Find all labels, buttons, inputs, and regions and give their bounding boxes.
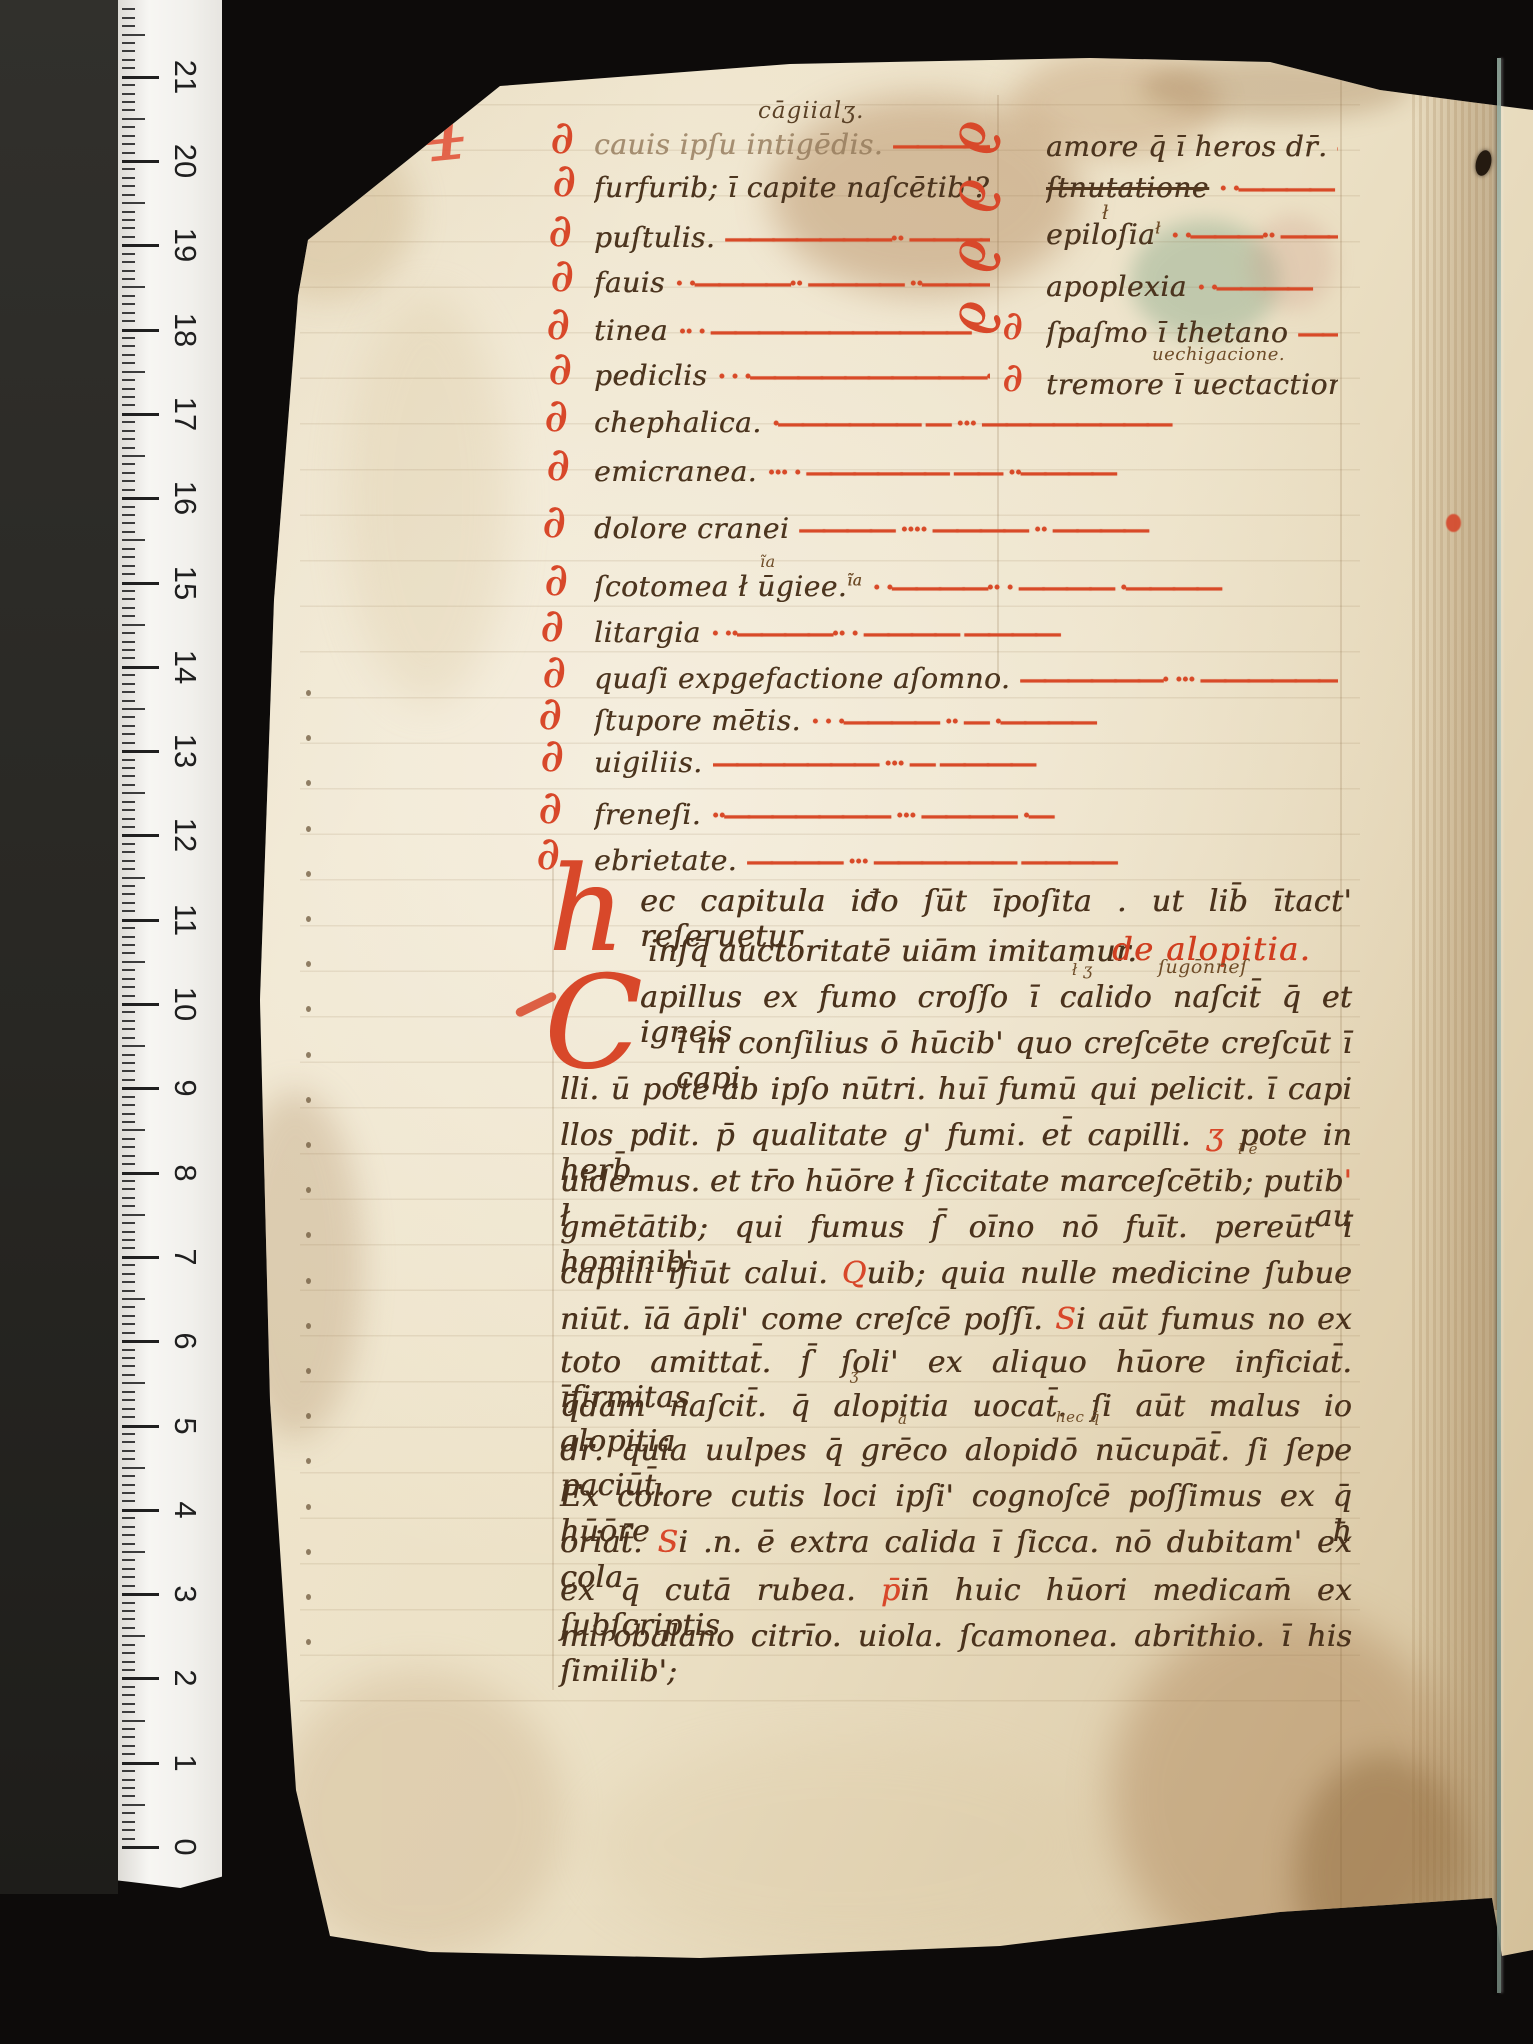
ruler-tick xyxy=(122,1231,135,1233)
ruler-tick xyxy=(122,168,135,170)
ruler-tick xyxy=(122,877,145,879)
ruler-tick xyxy=(122,1846,159,1849)
ruler-tick xyxy=(122,641,135,643)
ruler-tick xyxy=(122,1450,135,1452)
ruler-tick xyxy=(122,1602,135,1604)
ruler-tick xyxy=(122,801,135,803)
ruler-tick xyxy=(122,995,135,997)
rubric-initial-d: ∂ xyxy=(548,345,572,391)
ruler-tick xyxy=(122,1661,135,1663)
chapter-row: furfurib; ī capite naſcētib'?――· ·―――― xyxy=(594,171,990,204)
ruler-tick xyxy=(122,1720,145,1722)
initial-c: C xyxy=(544,966,642,1081)
ruler-cm-label: 19 xyxy=(165,222,205,268)
interlinear-gloss: ł xyxy=(1102,200,1109,224)
rubricated-letter: ʒ xyxy=(1206,1118,1223,1153)
ruler-tick xyxy=(122,345,135,347)
ruler-tick xyxy=(122,1382,145,1384)
ruler-tick xyxy=(122,278,135,280)
ruler-cm-label: 14 xyxy=(165,644,205,690)
pricking-hole xyxy=(306,1142,311,1148)
ruler-cm-label: 18 xyxy=(165,307,205,353)
ruler-tick xyxy=(122,1787,135,1789)
ruler-tick xyxy=(122,716,135,718)
body-text-segment: niūt. īā āpli' come creſcē poſſī. xyxy=(560,1302,1055,1337)
ruler-tick xyxy=(122,893,135,895)
ruler-tick xyxy=(122,1104,135,1106)
ruler-tick xyxy=(122,211,135,213)
ruler-cm-label: 15 xyxy=(165,560,205,606)
ruler-cm-label: 17 xyxy=(165,391,205,437)
ruler-tick xyxy=(122,649,135,651)
ruler-tick xyxy=(122,792,145,794)
ruler-tick xyxy=(122,1264,135,1266)
ruler-tick xyxy=(122,295,135,297)
ruler-tick xyxy=(122,253,135,255)
pricking-hole xyxy=(306,1323,311,1329)
ruler-tick xyxy=(122,1129,145,1131)
ruler-tick xyxy=(122,548,135,550)
ruler-tick xyxy=(122,784,135,786)
ruler-tick xyxy=(122,1096,135,1098)
ruler-tick xyxy=(122,480,135,482)
chapter-row: ſtupore mētis.· · ·―――― ·· ― ·―――― xyxy=(594,704,1338,737)
ruler-tick xyxy=(122,1728,135,1730)
ruler-tick xyxy=(122,1829,135,1831)
ruler-tick xyxy=(122,624,145,626)
ruler-tick xyxy=(122,1188,135,1190)
ruler-tick xyxy=(122,885,135,887)
ruler-tick xyxy=(122,759,135,761)
pricking-hole xyxy=(306,1639,311,1645)
ruler-cm-label: 10 xyxy=(165,981,205,1027)
ruler-tick xyxy=(122,1711,135,1713)
ruler-tick xyxy=(122,421,135,423)
ruler-tick xyxy=(122,1163,135,1165)
red-leader-line: ―――― xyxy=(1298,319,1338,349)
ruler-tick xyxy=(122,1070,135,1072)
ruler-tick xyxy=(122,118,145,120)
ruler-tick xyxy=(122,1559,135,1561)
ruler-tick xyxy=(122,1669,135,1671)
interlinear-gloss: hec q̄ xyxy=(1056,1408,1100,1426)
initial-h: h xyxy=(548,856,624,962)
ruler-tick xyxy=(122,851,135,853)
ruler-tick xyxy=(122,514,135,516)
ruler-tick xyxy=(122,657,135,659)
red-leader-line: ――――――· ··· ―――――――― xyxy=(1020,665,1338,695)
stain xyxy=(1140,55,1410,120)
chapter-row: pediclis· · ·――――――――――· ― xyxy=(594,359,990,392)
ruler-tick xyxy=(122,1543,135,1545)
ruler-tick xyxy=(122,472,135,474)
ruler-cm-label: 6 xyxy=(165,1318,205,1364)
ruler-tick xyxy=(122,1795,135,1797)
ruler-tick xyxy=(122,1205,135,1207)
ruler-tick xyxy=(122,1349,135,1351)
pricking-hole xyxy=(306,690,311,696)
chapter-title: ſtnutatione xyxy=(1046,171,1209,204)
ruler-tick xyxy=(122,860,135,862)
ruler-tick xyxy=(122,1340,159,1343)
ruler-tick xyxy=(122,1214,145,1216)
ruler-cm-label: 2 xyxy=(165,1655,205,1701)
ruler-tick xyxy=(122,202,145,204)
rubric-initial-d: ∂ xyxy=(546,300,570,346)
ruler-tick xyxy=(122,447,135,449)
ruler-tick xyxy=(122,1011,135,1013)
interlinear-correction: ĩa xyxy=(847,572,862,590)
body-text-segment: uib; quia nulle medicine ſubue xyxy=(867,1256,1352,1291)
ruler-tick xyxy=(122,177,135,179)
body-line: mirobalano citrīo. uiola. ſcamonea. abri… xyxy=(560,1619,1352,1689)
ruler-tick xyxy=(122,1416,135,1418)
rubric-initial-d: ∂ xyxy=(546,441,570,487)
chapter-row: litargia· ··――――·· · ―――― ―――― xyxy=(594,616,1338,649)
ruler-tick xyxy=(122,1585,135,1587)
chapter-row: apoplexia· ·―――― xyxy=(1046,270,1338,303)
ruler-tick xyxy=(122,582,159,585)
ruler-tick xyxy=(122,1745,135,1747)
ruler-cm-label: 12 xyxy=(165,812,205,858)
ruler-tick xyxy=(122,565,135,567)
stain xyxy=(275,1670,565,1960)
ruler-tick xyxy=(122,354,135,356)
body-line: niūt. īā āpli' come creſcē poſſī. Si aūt… xyxy=(560,1302,1352,1337)
rubric-initial-d: ∂ xyxy=(540,602,564,648)
rubric-initial-d: ∂ xyxy=(544,556,568,602)
interlinear-gloss: ł ē xyxy=(1238,1140,1258,1158)
ruler-tick xyxy=(122,76,159,79)
rubric-initial-d: ∂ xyxy=(544,392,568,438)
red-leader-line: · ·――――·· · ―――― ·―――― xyxy=(872,573,1338,603)
ruler-tick xyxy=(122,1045,145,1047)
ruler-tick xyxy=(122,236,135,238)
ruler-tick xyxy=(122,1222,135,1224)
ruler-tick xyxy=(122,927,135,929)
red-leader-line: ――――――― ··· ― ―――― xyxy=(713,749,1338,779)
ruler-tick xyxy=(122,1475,135,1477)
ruler-tick xyxy=(122,1644,135,1646)
ruler-tick xyxy=(122,1694,135,1696)
ruler-tick xyxy=(122,1804,145,1806)
body-text-segment: mirobalano citrīo. uiola. ſcamonea. abri… xyxy=(560,1619,1352,1689)
chapter-title: apoplexia xyxy=(1046,270,1187,303)
ruler-tick xyxy=(122,1500,135,1502)
ruler-tick xyxy=(122,1441,135,1443)
pricking-hole xyxy=(306,1549,311,1555)
rubric-initial-d: ∂ xyxy=(550,252,574,298)
ruler-tick xyxy=(122,1138,135,1140)
chapter-row: chephalica.·―――――― ― ··· ―――――――― xyxy=(594,406,1338,439)
ruler-tick xyxy=(122,1736,135,1738)
chapter-title: ſcotomea ł ūgiee.ĩa xyxy=(594,570,862,603)
ruler-tick xyxy=(122,1534,135,1536)
ruler-tick xyxy=(122,1155,135,1157)
chapter-row: cauis ipſu intigēdis.――――――· ―――――― xyxy=(594,128,990,161)
ruler-tick xyxy=(122,733,135,735)
ruler-tick xyxy=(122,438,135,440)
ruler-cm-label: 5 xyxy=(165,1403,205,1449)
ruler-tick xyxy=(122,379,135,381)
rubricated-letter: Q xyxy=(842,1256,867,1291)
interlinear-gloss: ł ʒ xyxy=(1072,960,1093,979)
chapter-row: amore q̄ ī heros dr̄.―― · xyxy=(1046,130,1338,163)
ruler-tick xyxy=(122,1593,159,1596)
ruler-tick xyxy=(122,1399,135,1401)
folio-number: 14 xyxy=(331,76,498,192)
ruler-tick xyxy=(122,1239,135,1241)
ruler-tick xyxy=(122,1087,159,1090)
pricking-hole xyxy=(306,1594,311,1600)
ruler-tick xyxy=(122,67,135,69)
ruler-tick xyxy=(122,109,135,111)
ruler-tick xyxy=(122,1121,135,1123)
ruler-tick xyxy=(122,404,135,406)
pricking-hole xyxy=(306,961,311,967)
ruler-tick xyxy=(122,1028,135,1030)
ruler: 0123456789101112131415161718192021 xyxy=(118,0,222,1888)
chapter-title: quaſi expgefactione aſomno. xyxy=(594,662,1010,695)
red-leader-line: · ·―――― xyxy=(1197,273,1338,303)
ruler-cm-label: 1 xyxy=(165,1740,205,1786)
rubricated-letter: S xyxy=(658,1525,679,1560)
ruler-tick xyxy=(122,1703,135,1705)
pricking-hole xyxy=(306,1504,311,1510)
interlinear-gloss: uechigacione. xyxy=(1152,344,1285,365)
chapter-title: uigiliis. xyxy=(594,746,703,779)
ruler-tick xyxy=(122,1079,135,1081)
red-leader-line: · ·―――·· ――― xyxy=(1171,221,1338,251)
ruler-tick xyxy=(122,329,159,332)
red-edge-mark xyxy=(1446,514,1461,532)
ruler-tick xyxy=(122,1458,135,1460)
chapter-title: emicranea. xyxy=(594,455,757,488)
ruler-tick xyxy=(122,607,135,609)
red-leader-line: ··· · ―――――― ―― ··―――― xyxy=(767,458,1338,488)
paragraph-line: inſq̄ auctoritatē uiām imitamur. xyxy=(648,934,1137,969)
ruler-tick xyxy=(122,1762,159,1765)
ruler-tick xyxy=(122,590,135,592)
pricking-hole xyxy=(306,916,311,922)
red-leader-line: · · ·――――――――――· ― xyxy=(717,362,990,392)
chapter-row: tremore ī uectactione xyxy=(1046,368,1338,401)
manuscript-scan: 0123456789101112131415161718192021 14 cā… xyxy=(0,0,1533,2044)
ruler-tick xyxy=(122,843,135,845)
page-fore-edge xyxy=(1412,60,1500,1910)
body-text-segment: i aūt fumus no ex xyxy=(1076,1302,1352,1337)
ruler-tick xyxy=(122,219,135,221)
ruler-tick xyxy=(122,1273,135,1275)
ruler-tick xyxy=(122,1753,135,1755)
ruler-tick xyxy=(122,84,135,86)
ruler-tick xyxy=(122,1247,135,1249)
body-line: lli. ū pote ab ipſo nūtri. huī fumū qui … xyxy=(560,1072,1352,1107)
ruler-tick xyxy=(122,919,159,922)
pricking-hole xyxy=(306,780,311,786)
ruler-tick xyxy=(122,1618,135,1620)
ruler-tick xyxy=(122,1551,145,1553)
ruler-tick xyxy=(122,1812,135,1814)
ruler-tick xyxy=(122,936,135,938)
ruler-tick xyxy=(122,1365,135,1367)
red-leader-line: ··――――――― ··· ―――― ·― xyxy=(711,801,1338,831)
pricking-hole xyxy=(306,1278,311,1284)
ruler-tick xyxy=(122,1568,135,1570)
chapter-title: dolore cranei xyxy=(594,512,789,545)
glass-edge xyxy=(1497,58,1501,1993)
red-leader-line: · ··――――·· · ―――― ―――― xyxy=(711,619,1338,649)
pricking-hole xyxy=(306,1368,311,1374)
ruler-tick xyxy=(122,1062,135,1064)
chapter-row: tinea·· · ――――――――――― xyxy=(594,314,990,347)
ruler-tick xyxy=(122,160,159,163)
ruler-tick xyxy=(122,34,145,36)
rubric-initial-d: ∂ xyxy=(548,207,572,253)
ruler-tick xyxy=(122,17,135,19)
ruler-tick xyxy=(122,531,135,533)
ruler-tick xyxy=(122,700,135,702)
pricking-hole xyxy=(306,735,311,741)
ruler-tick xyxy=(122,312,135,314)
ruler-tick xyxy=(122,809,135,811)
ruler-tick xyxy=(122,1576,135,1578)
red-leader-line: ·―――――― ― ··· ―――――――― xyxy=(772,409,1338,439)
chapter-row: dolore cranei―――― ···· ―――― ·· ―――― xyxy=(594,512,1338,545)
ruler-tick xyxy=(122,1408,135,1410)
stain xyxy=(345,295,510,705)
interlinear-gloss: a xyxy=(898,1410,907,1428)
ruler-cm-label: 21 xyxy=(165,54,205,100)
chapter-row: puſtulis.―――――――·· ―――――――― ·――― xyxy=(594,221,990,254)
ruler-tick xyxy=(122,286,145,288)
ruler-tick xyxy=(122,868,135,870)
chapter-title: furfurib; ī capite naſcētib'? xyxy=(594,171,989,204)
ruler-cm-label: 8 xyxy=(165,1150,205,1196)
ruler-tick xyxy=(122,50,135,52)
chapter-title: amore q̄ ī heros dr̄. xyxy=(1046,130,1327,163)
ruler-tick xyxy=(122,683,135,685)
chapter-row: quaſi expgefactione aſomno.――――――· ··· ―… xyxy=(594,662,1338,695)
ruler-tick xyxy=(122,1180,135,1182)
chapter-title: cauis ipſu intigēdis. xyxy=(594,128,883,161)
chapter-title: fauis xyxy=(594,266,665,299)
red-leader-line: · ·―――― xyxy=(1219,174,1338,204)
rubric-initial-d: ∂ xyxy=(1002,306,1023,346)
ruler-tick xyxy=(122,556,135,558)
ruler-tick xyxy=(122,463,135,465)
ruler-tick xyxy=(122,371,145,373)
body-text-segment: capilli īfiūt calui. xyxy=(560,1256,842,1291)
ruler-tick xyxy=(122,952,135,954)
ruler-tick xyxy=(122,506,135,508)
ruler-tick xyxy=(122,674,135,676)
ruler-tick xyxy=(122,135,135,137)
ruler-tick xyxy=(122,902,135,904)
ruler-tick xyxy=(122,388,135,390)
pricking-hole xyxy=(306,1097,311,1103)
rubric-initial-d: ∂ xyxy=(1002,358,1023,398)
ruler-tick xyxy=(122,25,135,27)
pricking-hole xyxy=(306,1458,311,1464)
ruler-tick xyxy=(122,767,135,769)
ruler-tick xyxy=(122,910,135,912)
ruler-tick xyxy=(122,489,135,491)
ruler-tick xyxy=(122,834,159,837)
ruler-tick xyxy=(122,1433,135,1435)
ruler-tick xyxy=(122,270,135,272)
ruler-tick xyxy=(122,573,135,575)
ruler-tick xyxy=(122,143,135,145)
chapter-title: tinea xyxy=(594,314,668,347)
ruler-tick xyxy=(122,1526,135,1528)
red-leader-line: ―― · xyxy=(1337,133,1338,163)
ruler-tick xyxy=(122,1425,159,1428)
ruler-tick xyxy=(122,691,135,693)
ruler-tick xyxy=(122,1821,135,1823)
ruler-tick xyxy=(122,1020,135,1022)
pricking-hole xyxy=(306,1006,311,1012)
ruler-tick xyxy=(122,497,159,500)
body-text-segment: ex q̄ cutā rubea. xyxy=(560,1573,881,1608)
ruler-tick xyxy=(122,152,135,154)
ruler-tick xyxy=(122,320,135,322)
ruler-tick xyxy=(122,244,159,247)
ruler-tick xyxy=(122,93,135,95)
red-leader-line: · ·――――·· ―――― ··―――― xyxy=(675,269,990,299)
ruler-cm-label: 9 xyxy=(165,1065,205,1111)
ruler-tick xyxy=(122,742,135,744)
ruler-tick xyxy=(122,725,135,727)
chapter-title: pediclis xyxy=(594,359,707,392)
chapter-title: litargia xyxy=(594,616,701,649)
pricking-hole xyxy=(306,826,311,832)
ruler-tick xyxy=(122,261,135,263)
ruler-tick xyxy=(122,1517,135,1519)
ruler-tick xyxy=(122,1298,145,1300)
chapter-title: freneſi. xyxy=(594,798,701,831)
ruler-tick xyxy=(122,227,135,229)
ruler-tick xyxy=(122,1197,135,1199)
rubric-initial-d: ∂ xyxy=(552,157,576,203)
ruler-tick xyxy=(122,1315,135,1317)
ruler-tick xyxy=(122,1770,135,1772)
ruler-tick xyxy=(122,826,135,828)
ruler-tick xyxy=(122,59,135,61)
chapter-title: ſtupore mētis. xyxy=(594,704,801,737)
ruler-cm-label: 20 xyxy=(165,138,205,184)
ruler-tick xyxy=(122,455,145,457)
ruler-tick xyxy=(122,126,135,128)
pricking-hole xyxy=(306,1052,311,1058)
rubricated-letter: p̄ xyxy=(881,1573,900,1608)
ruler-tick xyxy=(122,303,135,305)
ruler-tick xyxy=(122,1054,135,1056)
body-line: capilli īfiūt calui. Quib; quia nulle me… xyxy=(560,1256,1352,1291)
ruler-tick xyxy=(122,1172,159,1175)
chapter-row: emicranea.··· · ―――――― ―― ··―――― xyxy=(594,455,1338,488)
chapter-row: freneſi.··――――――― ··· ―――― ·― xyxy=(594,798,1338,831)
ruler-tick xyxy=(122,1332,135,1334)
ruler-tick xyxy=(122,1357,135,1359)
ruler-tick xyxy=(122,1003,159,1006)
ruler-tick xyxy=(122,1281,135,1283)
ruler-tick xyxy=(122,101,135,103)
ruler-tick xyxy=(122,413,159,416)
ruler-tick xyxy=(122,1635,145,1637)
chapter-title: chephalica. xyxy=(594,406,762,439)
ruler-tick xyxy=(122,1677,159,1680)
